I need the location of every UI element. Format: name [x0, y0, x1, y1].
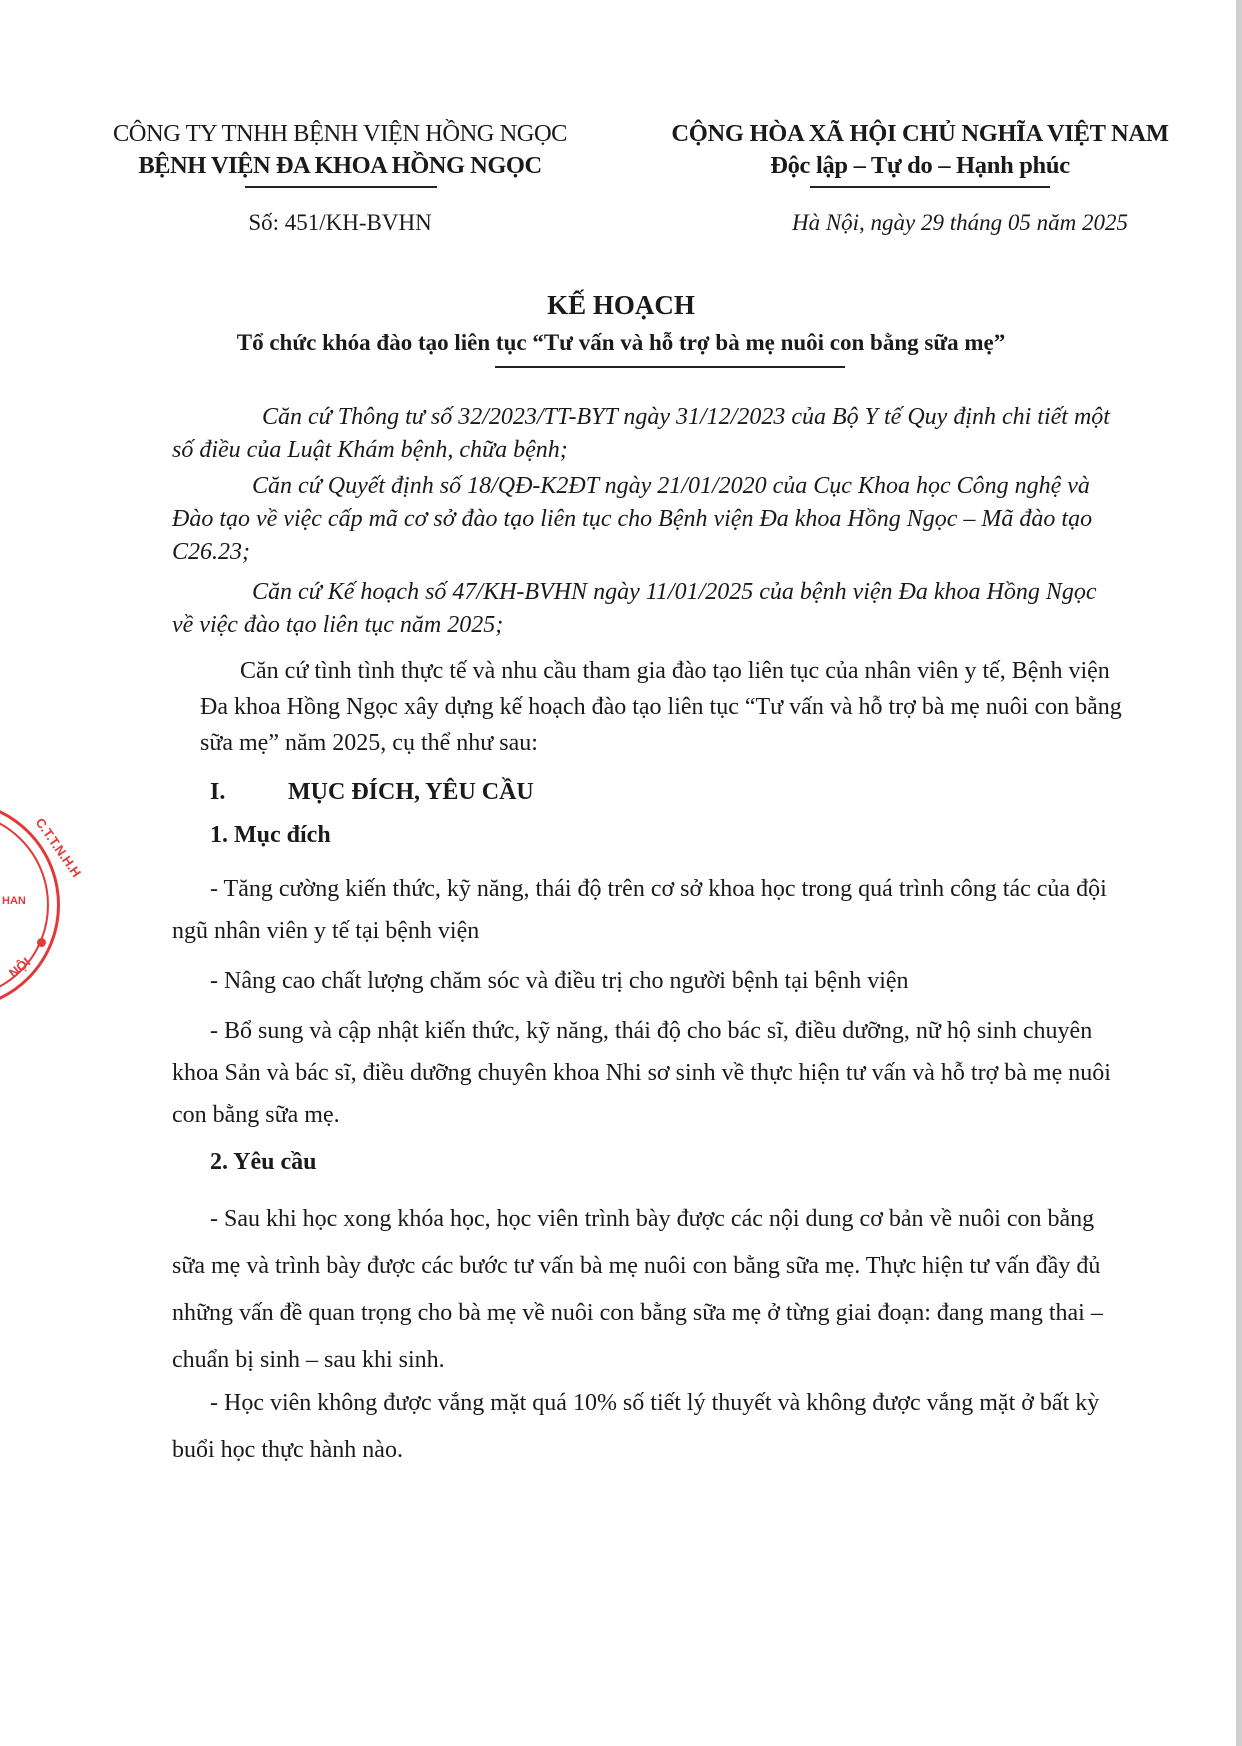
- title-underline: [495, 366, 845, 368]
- requirements-heading: 2. Yêu cầu: [210, 1149, 316, 1176]
- purpose-item-1: - Tăng cường kiến thức, kỹ năng, thái độ…: [172, 868, 1122, 952]
- national-title: CỘNG HÒA XÃ HỘI CHỦ NGHĨA VIỆT NAM: [640, 118, 1200, 150]
- document-subtitle: Tổ chức khóa đào tạo liên tục “Tư vấn và…: [0, 330, 1242, 356]
- legal-basis-3: Căn cứ Kế hoạch số 47/KH-BVHN ngày 11/01…: [172, 576, 1122, 642]
- document-title: KẾ HOẠCH: [0, 290, 1242, 321]
- seal-dot: [37, 938, 46, 947]
- seal-text-middle: HAN: [2, 895, 26, 907]
- issuer-underline: [245, 186, 437, 188]
- requirement-item-1: - Sau khi học xong khóa học, học viên tr…: [172, 1196, 1122, 1384]
- company-name: CÔNG TY TNHH BỆNH VIỆN HỒNG NGỌC: [60, 118, 620, 150]
- intro-paragraph: Căn cứ tình tình thực tế và nhu cầu tham…: [200, 653, 1125, 761]
- document-number: Số: 451/KH-BVHN: [60, 210, 620, 236]
- legal-basis-2: Căn cứ Quyết định số 18/QĐ-K2ĐT ngày 21/…: [172, 470, 1122, 569]
- hospital-name: BỆNH VIỆN ĐA KHOA HỒNG NGỌC: [60, 150, 620, 182]
- document-date: Hà Nội, ngày 29 tháng 05 năm 2025: [700, 210, 1220, 236]
- national-heading: CỘNG HÒA XÃ HỘI CHỦ NGHĨA VIỆT NAM Độc l…: [640, 118, 1200, 182]
- scan-edge: [1236, 0, 1242, 1746]
- motto-underline: [810, 186, 1050, 188]
- issuer-block: CÔNG TY TNHH BỆNH VIỆN HỒNG NGỌC BỆNH VI…: [60, 118, 620, 182]
- purpose-item-2: - Nâng cao chất lượng chăm sóc và điều t…: [172, 960, 1122, 1002]
- purpose-item-3: - Bổ sung và cập nhật kiến thức, kỹ năng…: [172, 1010, 1122, 1136]
- legal-basis-1: Căn cứ Thông tư số 32/2023/TT-BYT ngày 3…: [172, 401, 1122, 467]
- requirement-item-2: - Học viên không được vắng mặt quá 10% s…: [172, 1380, 1122, 1474]
- purpose-heading: 1. Mục đích: [210, 822, 331, 849]
- section-heading: MỤC ĐÍCH, YÊU CẦU: [288, 779, 534, 806]
- section-numeral: I.: [210, 779, 225, 806]
- national-motto: Độc lập – Tự do – Hạnh phúc: [640, 150, 1200, 182]
